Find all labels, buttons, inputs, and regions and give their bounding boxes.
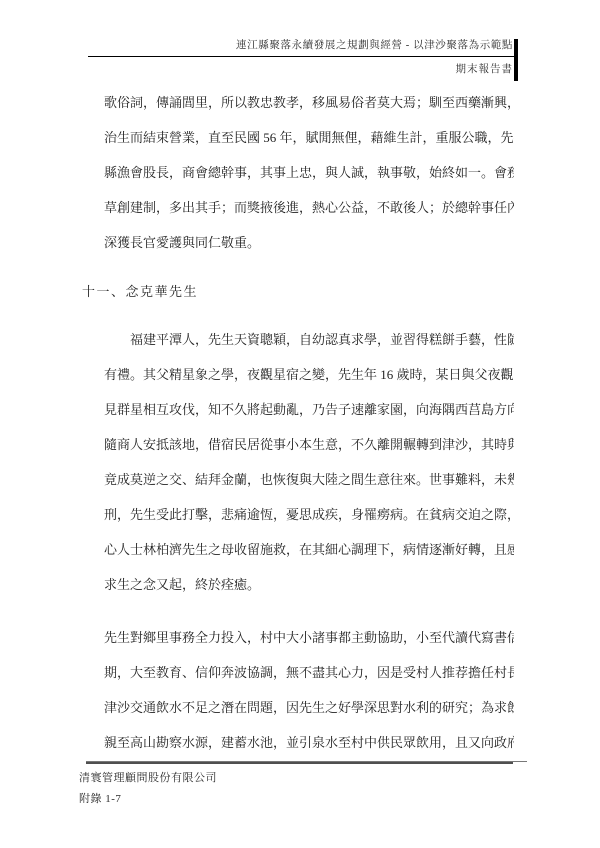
document-page: 連江縣聚落永續發展之規劃與經營 - 以津沙聚落為示範點 期末報告書 歌俗詞，傳誦… xyxy=(0,0,600,848)
revision-change-bar xyxy=(514,39,518,81)
paragraph-3: 先生對鄉里事務全力投入，村中大小諸事都主動協助，小至代讀代寫書信、婚慶擇 期，大… xyxy=(104,620,514,760)
text-line: 先生對鄉里事務全力投入，村中大小諸事都主動協助，小至代讀代寫書信、婚慶擇 xyxy=(104,620,514,655)
text-line: 刑，先生受此打擊，悲痛逾恆，憂思成疾，身罹癆病。在貧病交迫之際，蒙村中善 xyxy=(104,497,514,532)
paragraph-2: 福建平潭人，先生天資聰穎，自幼認真求學，並習得糕餅手藝，性隨和，待人謙恭 有禮。… xyxy=(104,322,514,602)
text-line: 有禮。其父精星象之學，夜觀星宿之變，先生年 16 歲時，某日與父夜觀星斗，驚 xyxy=(104,357,514,392)
header-title: 連江縣聚落永續發展之規劃與經營 - 以津沙聚落為示範點 xyxy=(88,37,513,52)
text-line: 求生之念又起，終於痊癒。 xyxy=(104,567,514,602)
text-line: 深獲長官愛護與同仁敬重。 xyxy=(104,225,514,260)
text-line: 津沙交通飲水不足之潛在問題，因先生之好學深思對水利的研究；為求飲水無虞， xyxy=(104,690,514,725)
footer-company: 清寰管理顧問股份有限公司 xyxy=(79,769,217,785)
text-line: 隨商人安抵該地，借宿民居從事小本生意，不久離開輾轉到津沙，其時與徐姓朋友 xyxy=(104,427,514,462)
text-line: 福建平潭人，先生天資聰穎，自幼認真求學，並習得糕餅手藝，性隨和，待人謙恭 xyxy=(104,322,514,357)
footer-divider-thick-line xyxy=(86,762,513,764)
header-subtitle: 期末報告書 xyxy=(88,61,513,76)
text-line: 縣漁會股長，商會總幹事，其事上忠，與人誠，執事敬，始終如一。會務籌謀擘劃， xyxy=(104,155,514,190)
footer-page-label: 附錄 1-7 xyxy=(79,790,121,806)
text-line: 見群星相互攻伐，知不久將起動亂，乃告子速離家園，向海隅西莒島方向避禍，後 xyxy=(104,392,514,427)
text-line: 親至高山勘察水源，建蓄水池，並引泉水至村中供民眾飲用，且又向政府爭取經費 xyxy=(104,725,514,760)
section-heading: 十一、念克華先生 xyxy=(82,281,198,300)
header-divider xyxy=(88,56,514,57)
text-line: 歌俗詞，傳誦閭里，所以教忠教孝，移風易俗者莫大焉；馴至西藥漸興，先生不善 xyxy=(104,85,514,120)
paragraph-1: 歌俗詞，傳誦閭里，所以教忠教孝，移風易俗者莫大焉；馴至西藥漸興，先生不善 治生而… xyxy=(104,85,514,260)
text-line: 心人士林柏濟先生之母收留施救，在其細心調理下，病情逐漸好轉，且感念恩情， xyxy=(104,532,514,567)
footer-divider xyxy=(86,761,527,764)
text-line: 治生而結束營業，直至民國 56 年，賦閒無俚，藉維生計，重服公職，先後任連江 xyxy=(104,120,514,155)
text-line: 竟成莫逆之交、結拜金蘭，也恢復與大陸之間生意往來。世事難料，未幾人因罪殛 xyxy=(104,462,514,497)
text-line: 草創建制，多出其手；而獎掖後進，熱心公益，不敢後人；於總幹事任內屆齡退休， xyxy=(104,190,514,225)
text-line: 期，大至教育、信仰奔波協調，無不盡其心力，因是受村人推荐擔任村長歷十餘年。 xyxy=(104,655,514,690)
